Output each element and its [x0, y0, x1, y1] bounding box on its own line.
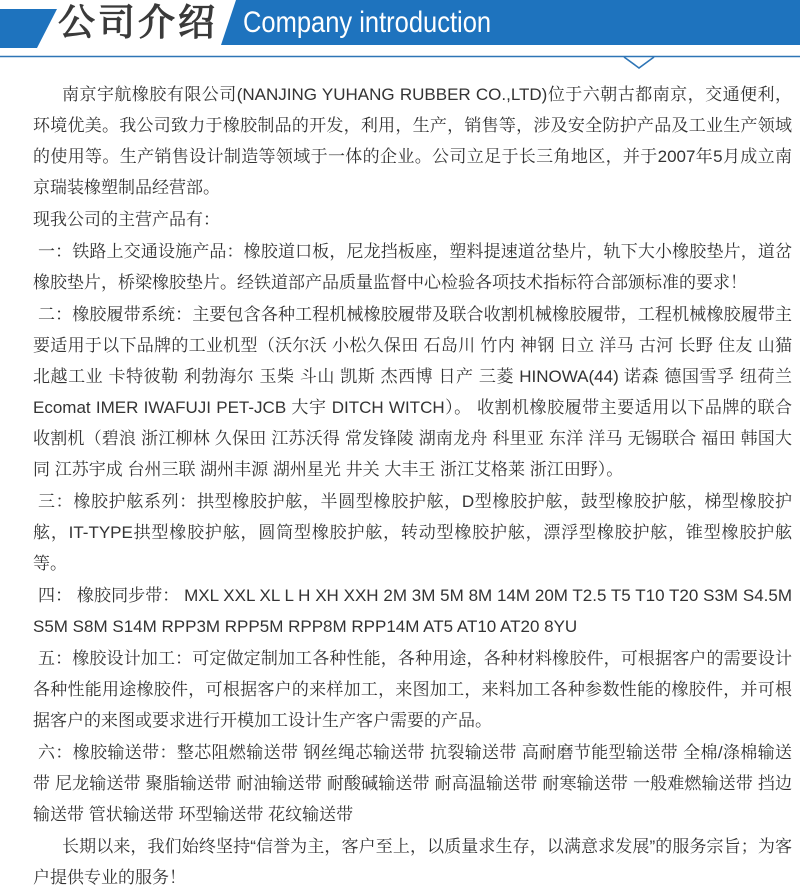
- paragraph-item-custom-processing: 五：橡胶设计加工：可定做定制加工各种性能，各种用途，各种材料橡胶件，可根据客户的…: [33, 643, 792, 736]
- paragraph-products-lead: 现我公司的主营产品有：: [33, 204, 792, 235]
- page-title-en: Company introduction: [243, 6, 491, 40]
- company-profile-text: 南京宇航橡胶有限公司(NANJING YUHANG RUBBER CO.,LTD…: [33, 79, 792, 892]
- paragraph-service-motto: 长期以来，我们始终坚持“信誉为主，客户至上，以质量求生存，以满意求发展”的服务宗…: [33, 831, 792, 892]
- company-introduction-page: 公司介绍 Company introduction 南京宇航橡胶有限公司(NAN…: [0, 0, 800, 892]
- page-title-cn: 公司介绍: [58, 1, 218, 45]
- paragraph-company-overview: 南京宇航橡胶有限公司(NANJING YUHANG RUBBER CO.,LTD…: [33, 79, 792, 203]
- paragraph-item-rubber-track: 二：橡胶履带系统：主要包含各种工程机械橡胶履带及联合收割机械橡胶履带，工程机械橡…: [33, 299, 792, 485]
- paragraph-item-timing-belt: 四： 橡胶同步带： MXL XXL XL L H XH XXH 2M 3M 5M…: [33, 580, 792, 642]
- paragraph-item-railway: 一：铁路上交通设施产品：橡胶道口板，尼龙挡板座，塑料提速道岔垫片，轨下大小橡胶垫…: [33, 236, 792, 298]
- chevron-down-icon: [624, 57, 654, 68]
- paragraph-item-fender: 三：橡胶护舷系列：拱型橡胶护舷，半圆型橡胶护舷，D型橡胶护舷，鼓型橡胶护舷，梯型…: [33, 486, 792, 579]
- section-header: 公司介绍 Company introduction: [0, 0, 800, 48]
- divider-line: [0, 55, 800, 71]
- paragraph-item-conveyor-belt: 六：橡胶输送带：整芯阻燃输送带 钢丝绳芯输送带 抗裂输送带 高耐磨节能型输送带 …: [33, 737, 792, 830]
